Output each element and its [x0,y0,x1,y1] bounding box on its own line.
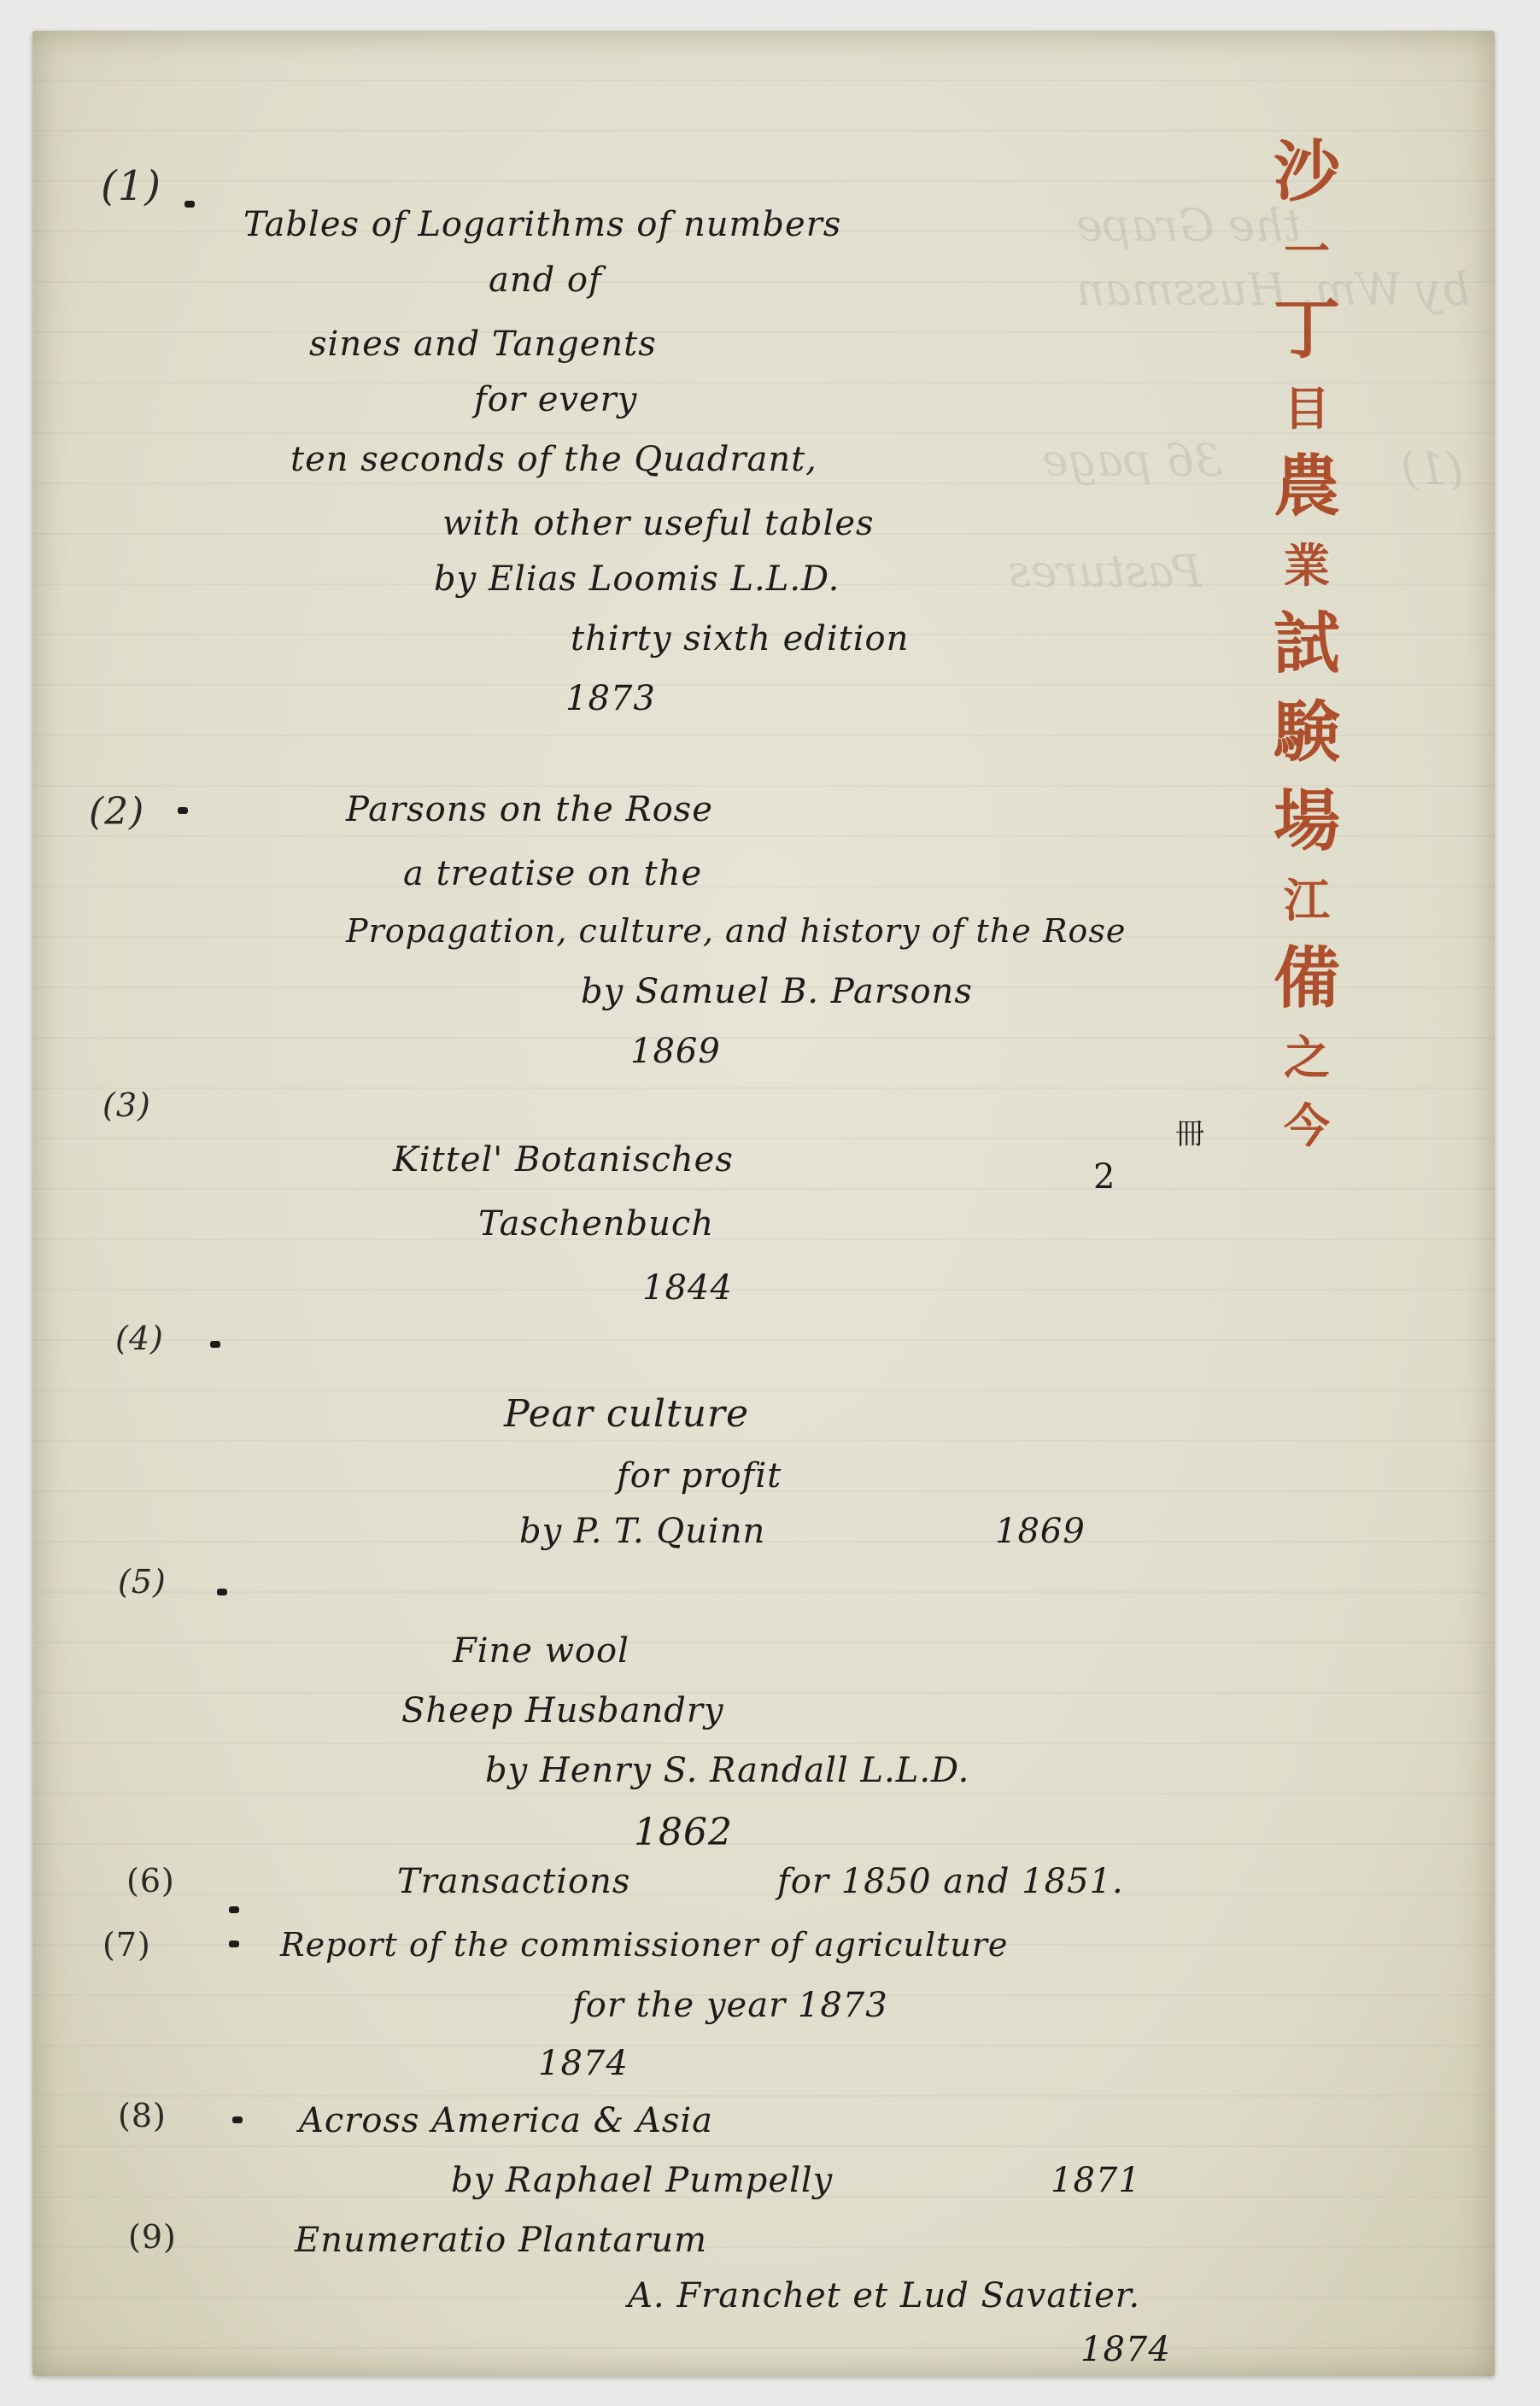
entry-title-line: sines and Tangents [309,325,657,364]
entry-year: 1869 [630,1032,721,1071]
annotation-char: 目 [1284,374,1330,442]
entry-title-line: Parsons on the Rose [346,790,713,829]
annotation-char: 場 [1274,777,1340,866]
entry-number: (2) [89,790,144,834]
entry-title-line: Kittel' Botanisches [393,1140,734,1180]
entry-title-line: for profit [617,1456,782,1496]
red-japanese-annotation: 沙 一 丁 目 農 業 試 験 場 江 備 之 今 [1256,128,1358,1160]
entry-number: (3) [102,1086,151,1124]
entry-title-line: Enumeratio Plantarum [295,2221,707,2260]
annotation-char: 沙 [1274,128,1340,217]
show-through-text: 36 page [1042,436,1222,487]
entry-number: (7) [102,1926,151,1964]
entry-title-line: Across America & Asia [299,2101,713,2140]
entry-author: by Raphael Pumpelly [451,2161,833,2200]
entry-dash [184,201,195,208]
volume-mark: 冊 [1175,1110,1205,1152]
entry-edition: thirty sixth edition [571,619,909,659]
entry-year: 1844 [642,1268,733,1308]
entry-dash [210,1341,220,1348]
entry-title-line: for 1850 and 1851. [777,1862,1124,1901]
annotation-char: 之 [1284,1023,1330,1092]
entry-author: by Samuel B. Parsons [581,972,973,1011]
volume-count: 2 [1093,1157,1115,1197]
entry-title-line: Sheep Husbandry [401,1691,724,1730]
entry-year: 1874 [1080,2330,1171,2369]
entry-dash [178,807,188,814]
entry-title-line: Report of the commissioner of agricultur… [280,1926,1008,1964]
entry-year: 1871 [1051,2161,1141,2200]
entry-title-line: ten seconds of the Quadrant, [290,440,817,479]
entry-number: (6) [126,1862,175,1900]
entry-year: 1874 [538,2044,629,2083]
show-through-text: (1) [1401,444,1464,495]
entry-title-line: Pear culture [504,1392,749,1436]
annotation-char: 試 [1274,600,1340,688]
entry-title-line: a treatise on the [403,854,702,893]
entry-title-line: for the year 1873 [572,1986,888,2025]
entry-year: 1869 [995,1512,1086,1551]
entry-dash [217,1589,227,1595]
entry-number: (4) [115,1320,164,1357]
entry-dash [229,1906,239,1913]
entry-author: by P. T. Quinn [519,1512,765,1551]
entry-author: A. Franchet et Lud Savatier. [628,2276,1140,2315]
entry-number: (5) [118,1563,167,1601]
annotation-char: 備 [1274,934,1340,1023]
entry-dash [232,2116,243,2123]
entry-author: by Elias Loomis L.L.D. [434,559,840,599]
annotation-char: 今 [1284,1092,1330,1160]
entry-title-line: Transactions [397,1862,630,1901]
annotation-char: 一 [1284,217,1330,285]
annotation-char: 業 [1284,531,1330,600]
show-through-text: Pastures [1008,547,1202,598]
annotation-char: 農 [1274,442,1340,531]
entry-title-line: Fine wool [453,1631,629,1671]
entry-year: 1873 [565,679,656,718]
entry-title-line: for every [474,380,637,419]
entry-author: by Henry S. Randall L.L.D. [485,1751,969,1790]
entry-title-line: Tables of Logarithms of numbers [243,205,841,244]
entry-year: 1862 [634,1811,733,1854]
entry-title-line: with other useful tables [442,504,875,543]
entry-title-line: and of [489,261,602,300]
annotation-char: 験 [1274,688,1340,777]
entry-dash [229,1941,239,1947]
entry-number: (1) [101,162,161,210]
annotation-char: 丁 [1274,285,1340,374]
annotation-char: 江 [1284,866,1330,934]
entry-title-line: Taschenbuch [478,1204,714,1244]
entry-number: (9) [128,2218,177,2256]
entry-number: (8) [118,2097,167,2134]
entry-title-line: Propagation, culture, and history of the… [346,912,1126,950]
